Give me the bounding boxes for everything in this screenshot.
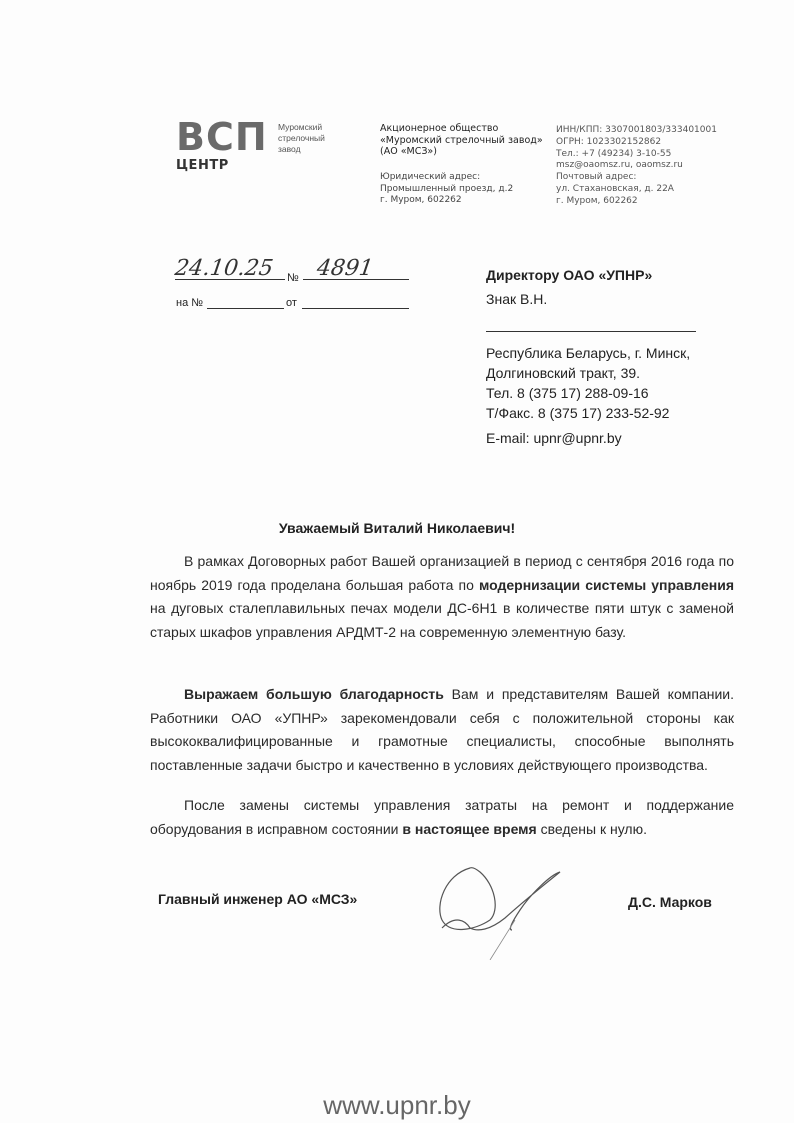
paragraph-2: Выражаем большую благодарность Вам и пре… <box>150 683 734 777</box>
organization-name: Акционерное общество «Муромский стрелочн… <box>380 123 543 158</box>
addressee-address: Республика Беларусь, г. Минск, Долгиновс… <box>486 343 690 423</box>
addressee-name: Знак В.Н. <box>486 289 652 309</box>
addressee-title: Директору ОАО «УПНР» <box>486 265 652 285</box>
handwritten-signature-icon <box>430 860 570 960</box>
legal-address: Юридический адрес: Промышленный проезд, … <box>380 172 513 207</box>
addressee-block: Директору ОАО «УПНР» Знак В.Н. <box>486 265 652 309</box>
company-logo: ВСП <box>176 118 268 156</box>
outgoing-number-field: 4891 <box>303 256 409 280</box>
signatory-name: Д.С. Марков <box>628 894 712 910</box>
addressee-divider <box>486 331 696 332</box>
paragraph-3: После замены системы управления затраты … <box>150 794 734 841</box>
logo-center-label: ЦЕНТР <box>176 158 229 173</box>
outgoing-date-field: 24.10.25 <box>175 256 285 280</box>
signatory-title: Главный инженер АО «МСЗ» <box>158 891 357 907</box>
salutation: Уважаемый Виталий Николаевич! <box>0 520 794 536</box>
outgoing-date: 24.10.25 <box>173 256 287 281</box>
outgoing-number: 4891 <box>301 256 411 281</box>
logo-subtitle: Муромский стрелочный завод <box>278 122 325 155</box>
reference-number-line <box>207 308 284 309</box>
reference-date-line <box>302 308 409 309</box>
addressee-email: E-mail: upnr@upnr.by <box>486 430 622 446</box>
number-label: № <box>287 272 299 284</box>
reference-date-label: от <box>286 297 297 309</box>
paragraph-1: В рамках Договорных работ Вашей организа… <box>150 550 734 644</box>
website-footer: www.upnr.by <box>0 1090 794 1121</box>
company-requisites: ИНН/КПП: 3307001803/333401001 ОГРН: 1023… <box>556 125 717 208</box>
reference-number-label: на № <box>176 297 203 309</box>
